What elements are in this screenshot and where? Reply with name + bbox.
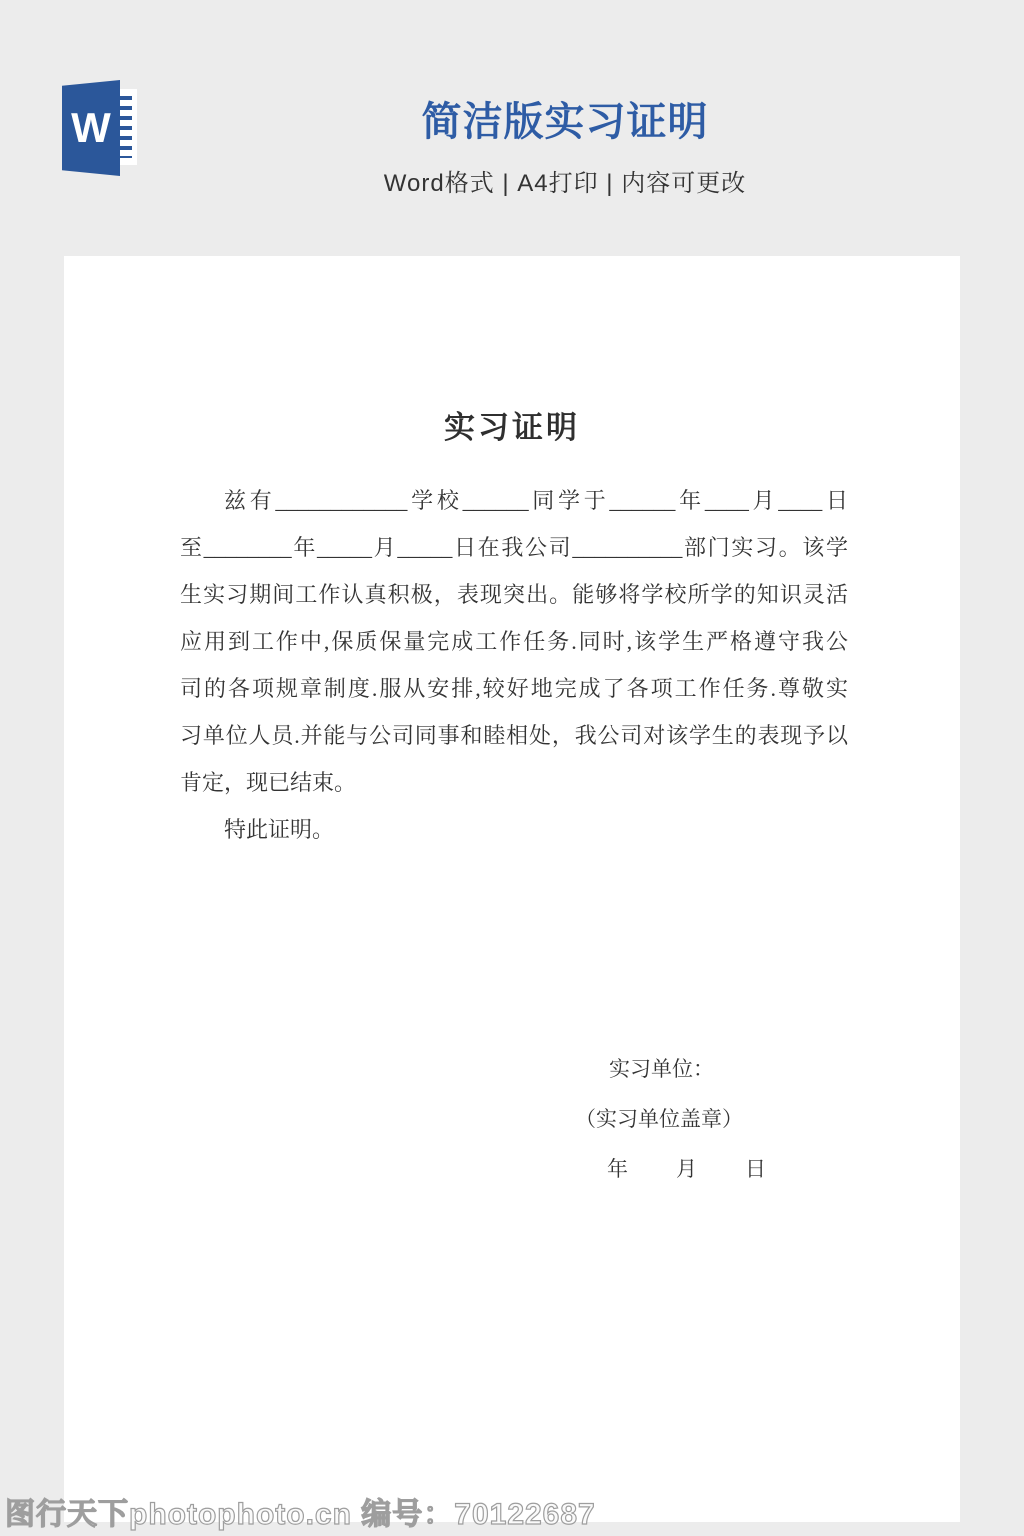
certificate-title: 实习证明 (64, 402, 960, 447)
template-subtitle: Word格式 | A4打印 | 内容可更改 (330, 163, 800, 198)
certificate-body: 兹有____________学校______同学于______年____月___… (180, 477, 848, 853)
body-line: 至________年_____月_____日在我公司__________部门实习… (180, 524, 848, 571)
template-header: W 简洁版实习证明 Word格式 | A4打印 | 内容可更改 (0, 0, 1024, 256)
word-icon-letter: W (71, 107, 111, 149)
signature-unit-label: 实习单位： (575, 1044, 768, 1094)
signature-block: 实习单位： （实习单位盖章） 年 月 日 (575, 1044, 768, 1194)
body-line: 应用到工作中,保质保量完成工作任务.同时,该学生严格遵守我公 (180, 618, 848, 665)
watermark-text: 图行天下photophoto.cn 编号：70122687 (5, 1489, 596, 1533)
body-line: 兹有____________学校______同学于______年____月___… (180, 477, 848, 524)
word-cover-icon: W (62, 80, 120, 176)
body-line: 生实习期间工作认真积极，表现突出。能够将学校所学的知识灵活 (180, 571, 848, 618)
document-page: 实习证明 兹有____________学校______同学于______年___… (64, 256, 960, 1522)
body-line: 肯定，现已结束。 (180, 759, 848, 806)
body-line: 习单位人员.并能与公司同事和睦相处，我公司对该学生的表现予以 (180, 712, 848, 759)
signature-date-label: 年 月 日 (575, 1144, 768, 1194)
word-icon: W (62, 80, 138, 176)
template-preview-canvas: W 简洁版实习证明 Word格式 | A4打印 | 内容可更改 实习证明 兹有_… (0, 0, 1024, 1536)
signature-stamp-label: （实习单位盖章） (575, 1094, 768, 1144)
header-text-block: 简洁版实习证明 Word格式 | A4打印 | 内容可更改 (330, 90, 800, 198)
body-line: 司的各项规章制度.服从安排,较好地完成了各项工作任务.尊敬实 (180, 665, 848, 712)
template-title: 简洁版实习证明 (330, 90, 800, 147)
body-line: 特此证明。 (180, 806, 848, 853)
